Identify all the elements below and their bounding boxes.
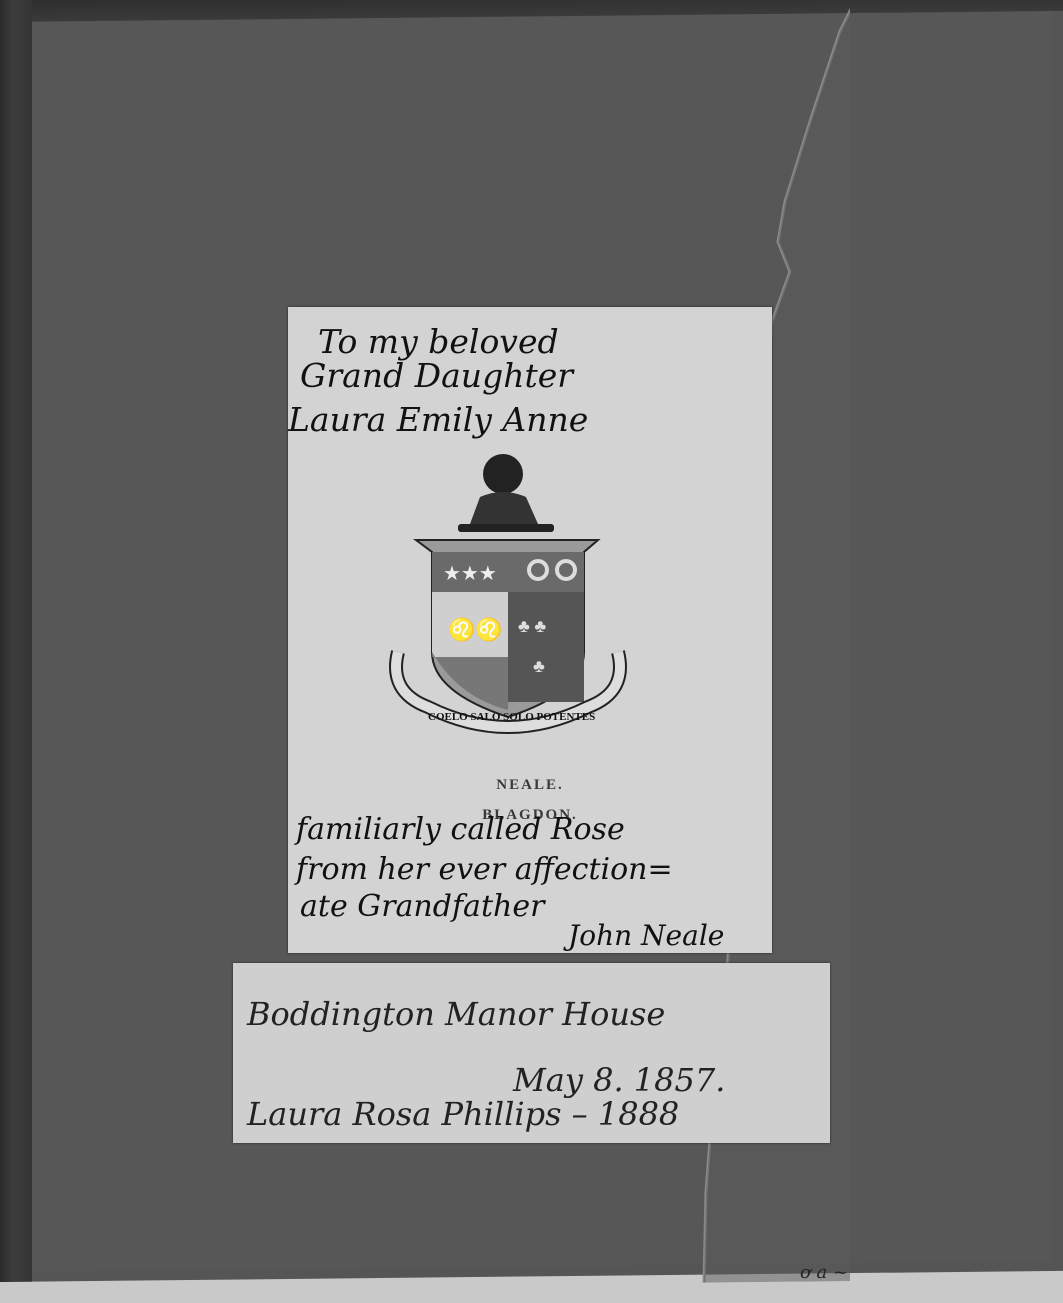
- inscription-bottom-line1: familiarly called Rose: [296, 812, 625, 847]
- coat-of-arms-icon: ★★★ ♌♌ ♣ ♣ ♣ COELO SALO SOLO POTENTES: [388, 452, 628, 752]
- inscription-top-line1: To my beloved: [318, 325, 559, 358]
- corner-pencil-mark: ơ a ~: [800, 1262, 848, 1283]
- inscription-top-line3: Laura Emily Anne: [288, 403, 588, 436]
- crest-motto: COELO SALO SOLO POTENTES: [428, 711, 595, 723]
- inscription-bottom-line2: from her ever affection=: [296, 852, 673, 887]
- svg-text:♣ ♣: ♣ ♣: [518, 616, 546, 636]
- printed-name: NEALE.: [288, 777, 772, 794]
- handwritten-slip: Boddington Manor House May 8. 1857. Laur…: [233, 963, 830, 1143]
- svg-text:♌♌: ♌♌: [448, 617, 503, 642]
- signature: John Neale: [568, 919, 724, 952]
- slip-line3: Laura Rosa Phillips – 1888: [247, 1095, 679, 1133]
- slip-line1: Boddington Manor House: [247, 995, 665, 1033]
- inscription-top-line2: Grand Daughter: [300, 359, 573, 392]
- slip-line2: May 8. 1857.: [513, 1061, 725, 1099]
- bookplate-card: To my beloved Grand Daughter Laura Emily…: [288, 307, 772, 953]
- board-spine-edge: [0, 0, 32, 1282]
- svg-text:★★★: ★★★: [443, 563, 497, 585]
- inscription-bottom-line3: ate Grandfather: [300, 889, 544, 924]
- svg-text:♣: ♣: [533, 656, 545, 676]
